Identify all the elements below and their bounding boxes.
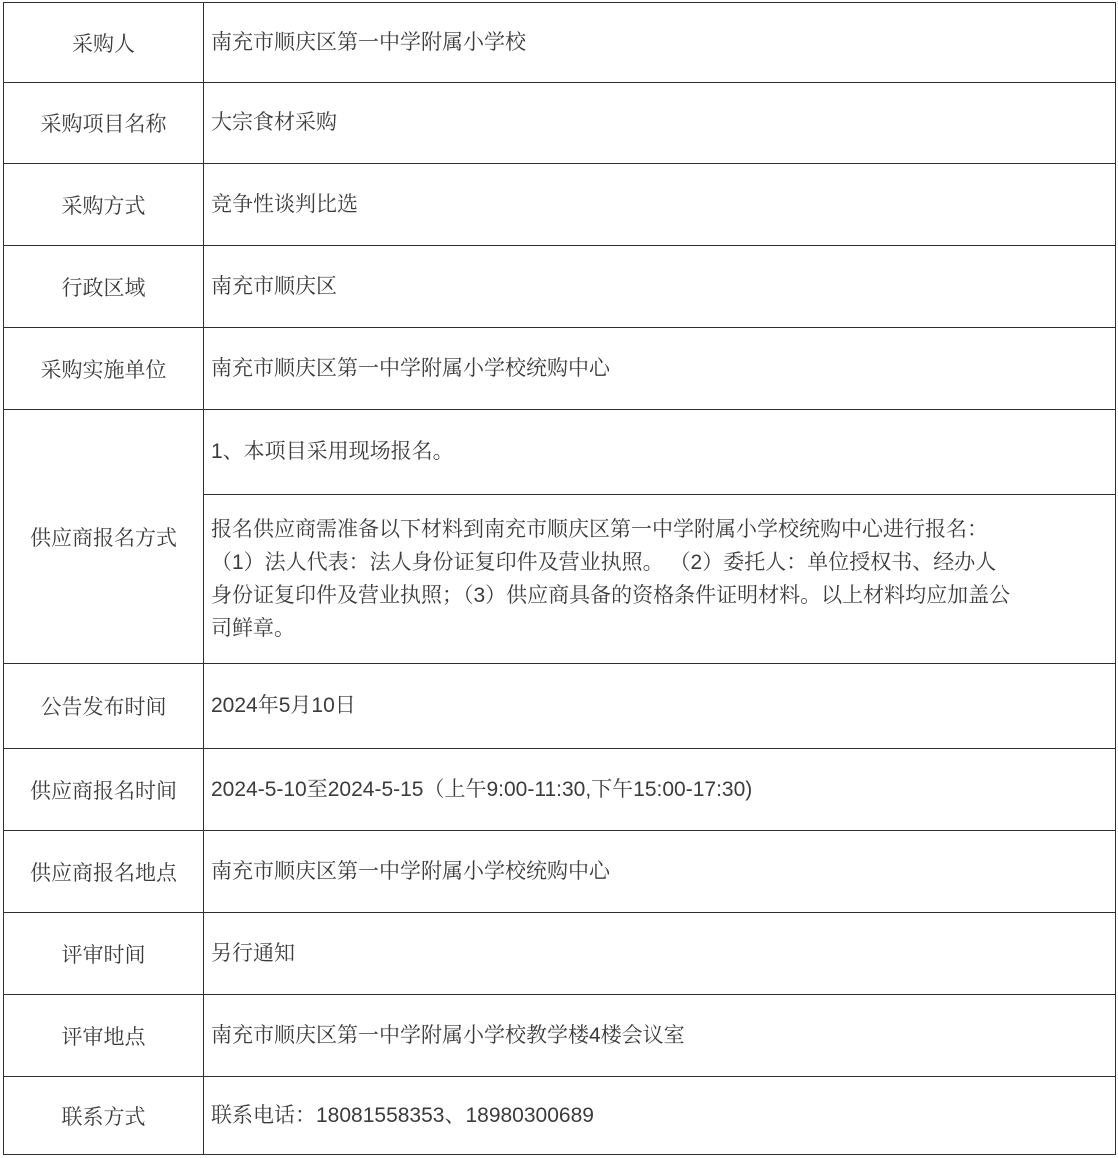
- table-row-announcement-date: 公告发布时间 2024年5月10日: [4, 664, 1116, 749]
- row-value: 另行通知: [204, 913, 1116, 995]
- row-label: 联系方式: [4, 1077, 204, 1155]
- row-label: 行政区域: [4, 246, 204, 328]
- row-label: 采购实施单位: [4, 328, 204, 410]
- row-label: 供应商报名方式: [4, 410, 204, 664]
- row-label: 供应商报名时间: [4, 749, 204, 831]
- table-row-review-time: 评审时间 另行通知: [4, 913, 1116, 995]
- row-label: 供应商报名地点: [4, 831, 204, 913]
- row-value: 南充市顺庆区: [204, 246, 1116, 328]
- table-row-purchaser: 采购人 南充市顺庆区第一中学附属小学校: [4, 3, 1116, 83]
- row-value: 2024年5月10日: [204, 664, 1116, 749]
- row-label: 采购人: [4, 3, 204, 83]
- table-row-registration-time: 供应商报名时间 2024-5-10至2024-5-15（上午9:00-11:30…: [4, 749, 1116, 831]
- table-row-implementing-unit: 采购实施单位 南充市顺庆区第一中学附属小学校统购中心: [4, 328, 1116, 410]
- table-row-registration-method: 供应商报名方式 1、本项目采用现场报名。: [4, 410, 1116, 495]
- row-label: 采购方式: [4, 164, 204, 246]
- table-row-project-name: 采购项目名称 大宗食材采购: [4, 83, 1116, 164]
- row-value: 南充市顺庆区第一中学附属小学校教学楼4楼会议室: [204, 995, 1116, 1077]
- row-value: 联系电话：18081558353、18980300689: [204, 1077, 1116, 1155]
- row-value-registration-method-1: 1、本项目采用现场报名。: [204, 410, 1116, 495]
- table-row-purchase-method: 采购方式 竞争性谈判比选: [4, 164, 1116, 246]
- table-row-admin-region: 行政区域 南充市顺庆区: [4, 246, 1116, 328]
- row-label: 采购项目名称: [4, 83, 204, 164]
- row-label: 评审时间: [4, 913, 204, 995]
- row-value-registration-method-2: 报名供应商需准备以下材料到南充市顺庆区第一中学附属小学校统购中心进行报名： （1…: [204, 495, 1116, 664]
- table-row-review-place: 评审地点 南充市顺庆区第一中学附属小学校教学楼4楼会议室: [4, 995, 1116, 1077]
- row-value: 2024-5-10至2024-5-15（上午9:00-11:30,下午15:00…: [204, 749, 1116, 831]
- table-row-registration-place: 供应商报名地点 南充市顺庆区第一中学附属小学校统购中心: [4, 831, 1116, 913]
- row-label: 评审地点: [4, 995, 204, 1077]
- procurement-info-table: 采购人 南充市顺庆区第一中学附属小学校 采购项目名称 大宗食材采购 采购方式 竞…: [3, 2, 1116, 1155]
- row-value: 竞争性谈判比选: [204, 164, 1116, 246]
- table-row-contact: 联系方式 联系电话：18081558353、18980300689: [4, 1077, 1116, 1155]
- row-label: 公告发布时间: [4, 664, 204, 749]
- row-value: 南充市顺庆区第一中学附属小学校: [204, 3, 1116, 83]
- row-value: 南充市顺庆区第一中学附属小学校统购中心: [204, 831, 1116, 913]
- row-value: 大宗食材采购: [204, 83, 1116, 164]
- row-value: 南充市顺庆区第一中学附属小学校统购中心: [204, 328, 1116, 410]
